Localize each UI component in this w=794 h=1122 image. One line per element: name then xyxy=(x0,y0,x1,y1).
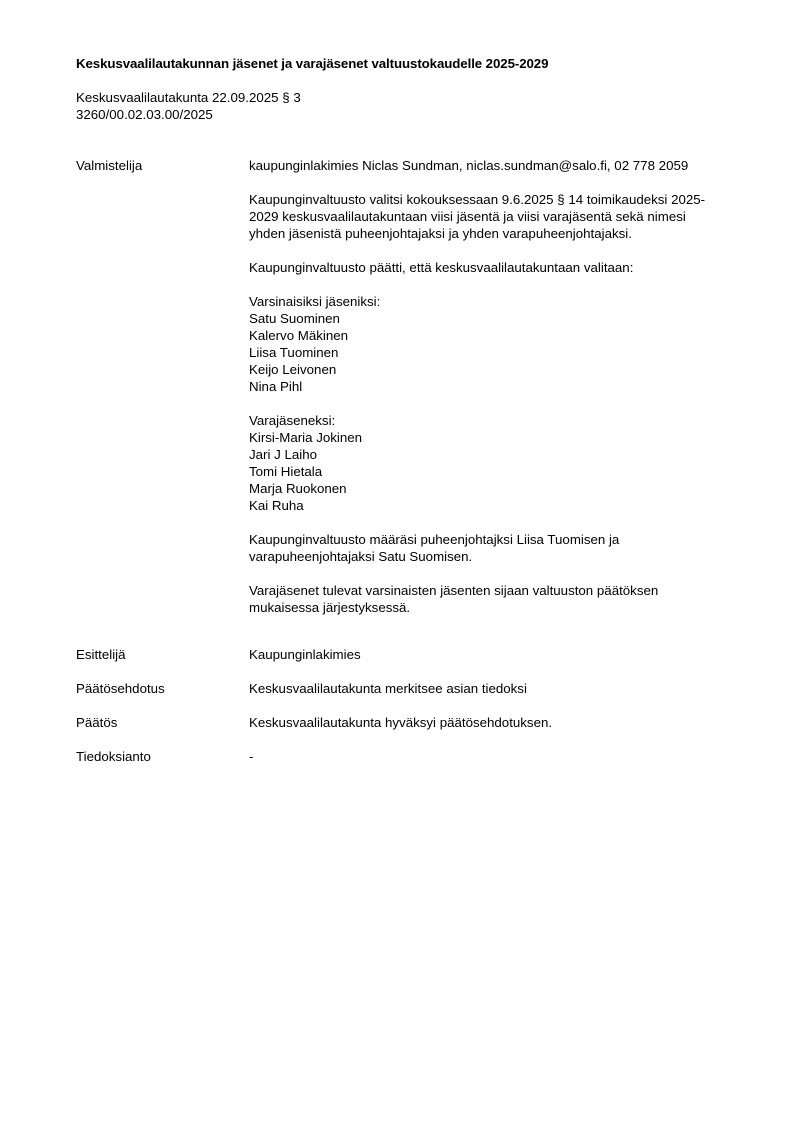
deputies-list: Kirsi-Maria Jokinen Jari J Laiho Tomi Hi… xyxy=(249,429,749,514)
members-heading: Varsinaisiksi jäseniksi: xyxy=(249,293,749,310)
valmistelija-label: Valmistelija xyxy=(76,157,246,174)
member-item: Satu Suominen xyxy=(249,310,749,327)
document-title: Keskusvaalilautakunnan jäsenet ja varajä… xyxy=(76,55,548,72)
esittelija-value: Kaupunginlakimies xyxy=(249,646,749,663)
paragraph-decision: Kaupunginvaltuusto päätti, että keskusva… xyxy=(249,259,749,276)
paatos-value: Keskusvaalilautakunta hyväksyi päätösehd… xyxy=(249,714,749,731)
document-meta: Keskusvaalilautakunta 22.09.2025 § 3 326… xyxy=(76,89,301,123)
preparer-info: kaupunginlakimies Niclas Sundman, niclas… xyxy=(249,157,749,174)
paatosehdotus-label: Päätösehdotus xyxy=(76,680,246,697)
valmistelija-content: kaupunginlakimies Niclas Sundman, niclas… xyxy=(249,157,749,616)
meeting-reference: Keskusvaalilautakunta 22.09.2025 § 3 xyxy=(76,89,301,106)
tiedoksianto-value: - xyxy=(249,748,749,765)
deputies-heading: Varajäseneksi: xyxy=(249,412,749,429)
paragraph-deputies-order: Varajäsenet tulevat varsinaisten jäsente… xyxy=(249,582,719,616)
member-item: Liisa Tuominen xyxy=(249,344,749,361)
paatos-label: Päätös xyxy=(76,714,246,731)
member-item: Kalervo Mäkinen xyxy=(249,327,749,344)
deputy-item: Marja Ruokonen xyxy=(249,480,749,497)
member-item: Nina Pihl xyxy=(249,378,749,395)
esittelija-label: Esittelijä xyxy=(76,646,246,663)
paatosehdotus-value: Keskusvaalilautakunta merkitsee asian ti… xyxy=(249,680,749,697)
tiedoksianto-label: Tiedoksianto xyxy=(76,748,246,765)
paragraph-chairs: Kaupunginvaltuusto määräsi puheenjohtajk… xyxy=(249,531,669,565)
members-list: Satu Suominen Kalervo Mäkinen Liisa Tuom… xyxy=(249,310,749,395)
deputy-item: Kirsi-Maria Jokinen xyxy=(249,429,749,446)
deputy-item: Tomi Hietala xyxy=(249,463,749,480)
deputy-item: Kai Ruha xyxy=(249,497,749,514)
member-item: Keijo Leivonen xyxy=(249,361,749,378)
paragraph-selection: Kaupunginvaltuusto valitsi kokouksessaan… xyxy=(249,191,719,242)
deputy-item: Jari J Laiho xyxy=(249,446,749,463)
record-id: 3260/00.02.03.00/2025 xyxy=(76,106,301,123)
